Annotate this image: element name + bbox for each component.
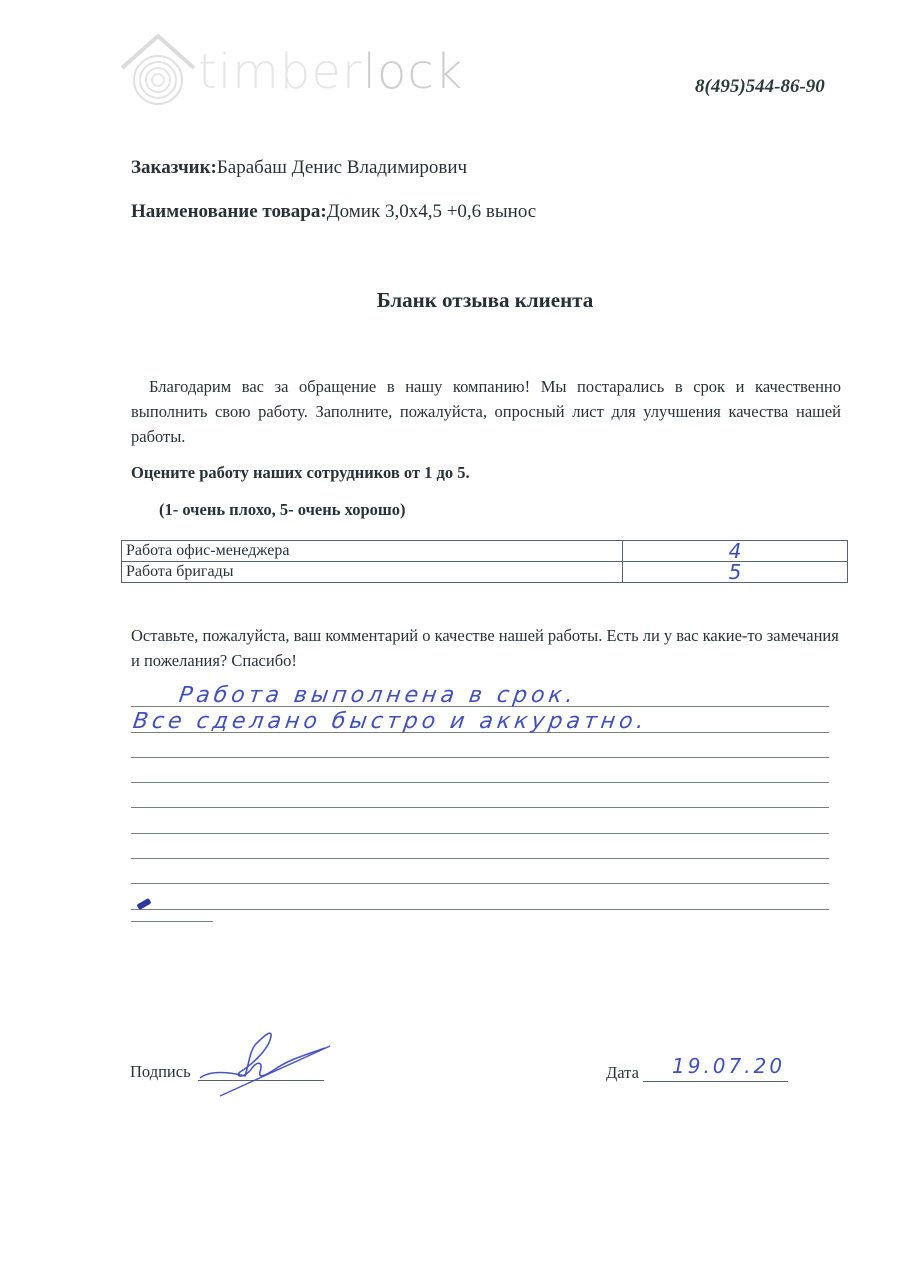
customer-value: Барабаш Денис Владимирович <box>217 157 467 178</box>
comment-line-short[interactable] <box>131 921 213 922</box>
customer-field: Заказчик:Барабаш Денис Владимирович <box>131 157 467 179</box>
comment-line[interactable] <box>131 884 829 909</box>
table-row: Работа офис-менеджера 4 <box>122 541 848 562</box>
rating-label: Работа офис-менеджера <box>122 541 623 562</box>
comment-line[interactable]: Работа выполнена в срок. <box>131 682 829 707</box>
product-field: Наименование товара:Домик 3,0х4,5 +0,6 в… <box>131 201 536 223</box>
comment-line[interactable] <box>131 859 829 884</box>
customer-label: Заказчик: <box>131 157 217 178</box>
ratings-table: Работа офис-менеджера 4 Работа бригады 5 <box>121 540 848 583</box>
rating-score-field[interactable]: 4 <box>623 541 848 562</box>
comment-line[interactable] <box>131 808 829 833</box>
phone-number: 8(495)544-86-90 <box>695 76 825 98</box>
rating-score-field[interactable]: 5 <box>623 562 848 583</box>
signature-label: Подпись <box>130 1062 191 1082</box>
comment-line[interactable] <box>131 758 829 783</box>
date-field[interactable] <box>643 1081 788 1082</box>
product-value: Домик 3,0х4,5 +0,6 вынос <box>327 201 537 222</box>
handwritten-comment: Все сделано быстро и аккуратно. <box>131 709 649 734</box>
signature-icon <box>190 1020 340 1100</box>
rating-title: Оцените работу наших сотрудников от 1 до… <box>131 463 470 483</box>
date-label: Дата <box>606 1063 639 1083</box>
brand-name: timberlock <box>198 44 464 100</box>
rating-label: Работа бригады <box>122 562 623 583</box>
product-label: Наименование товара: <box>131 201 327 222</box>
table-row: Работа бригады 5 <box>122 562 848 583</box>
date-value: 19.07.20 <box>672 1054 785 1078</box>
comment-lines: Работа выполнена в срок. Все сделано быс… <box>131 682 829 910</box>
comment-prompt: Оставьте, пожалуйста, ваш комментарий о … <box>131 623 841 673</box>
handwritten-comment: Работа выполнена в срок. <box>177 683 578 708</box>
form-title: Бланк отзыва клиента <box>0 288 905 313</box>
house-log-rings-icon <box>118 30 198 110</box>
rating-scale: (1- очень плохо, 5- очень хорошо) <box>159 500 406 520</box>
comment-line[interactable] <box>131 834 829 859</box>
comment-line[interactable] <box>131 733 829 758</box>
comment-line[interactable] <box>131 783 829 808</box>
intro-paragraph: Благодарим вас за обращение в нашу компа… <box>131 374 841 449</box>
company-logo: timberlock <box>118 30 478 110</box>
comment-line[interactable]: Все сделано быстро и аккуратно. <box>131 707 829 732</box>
